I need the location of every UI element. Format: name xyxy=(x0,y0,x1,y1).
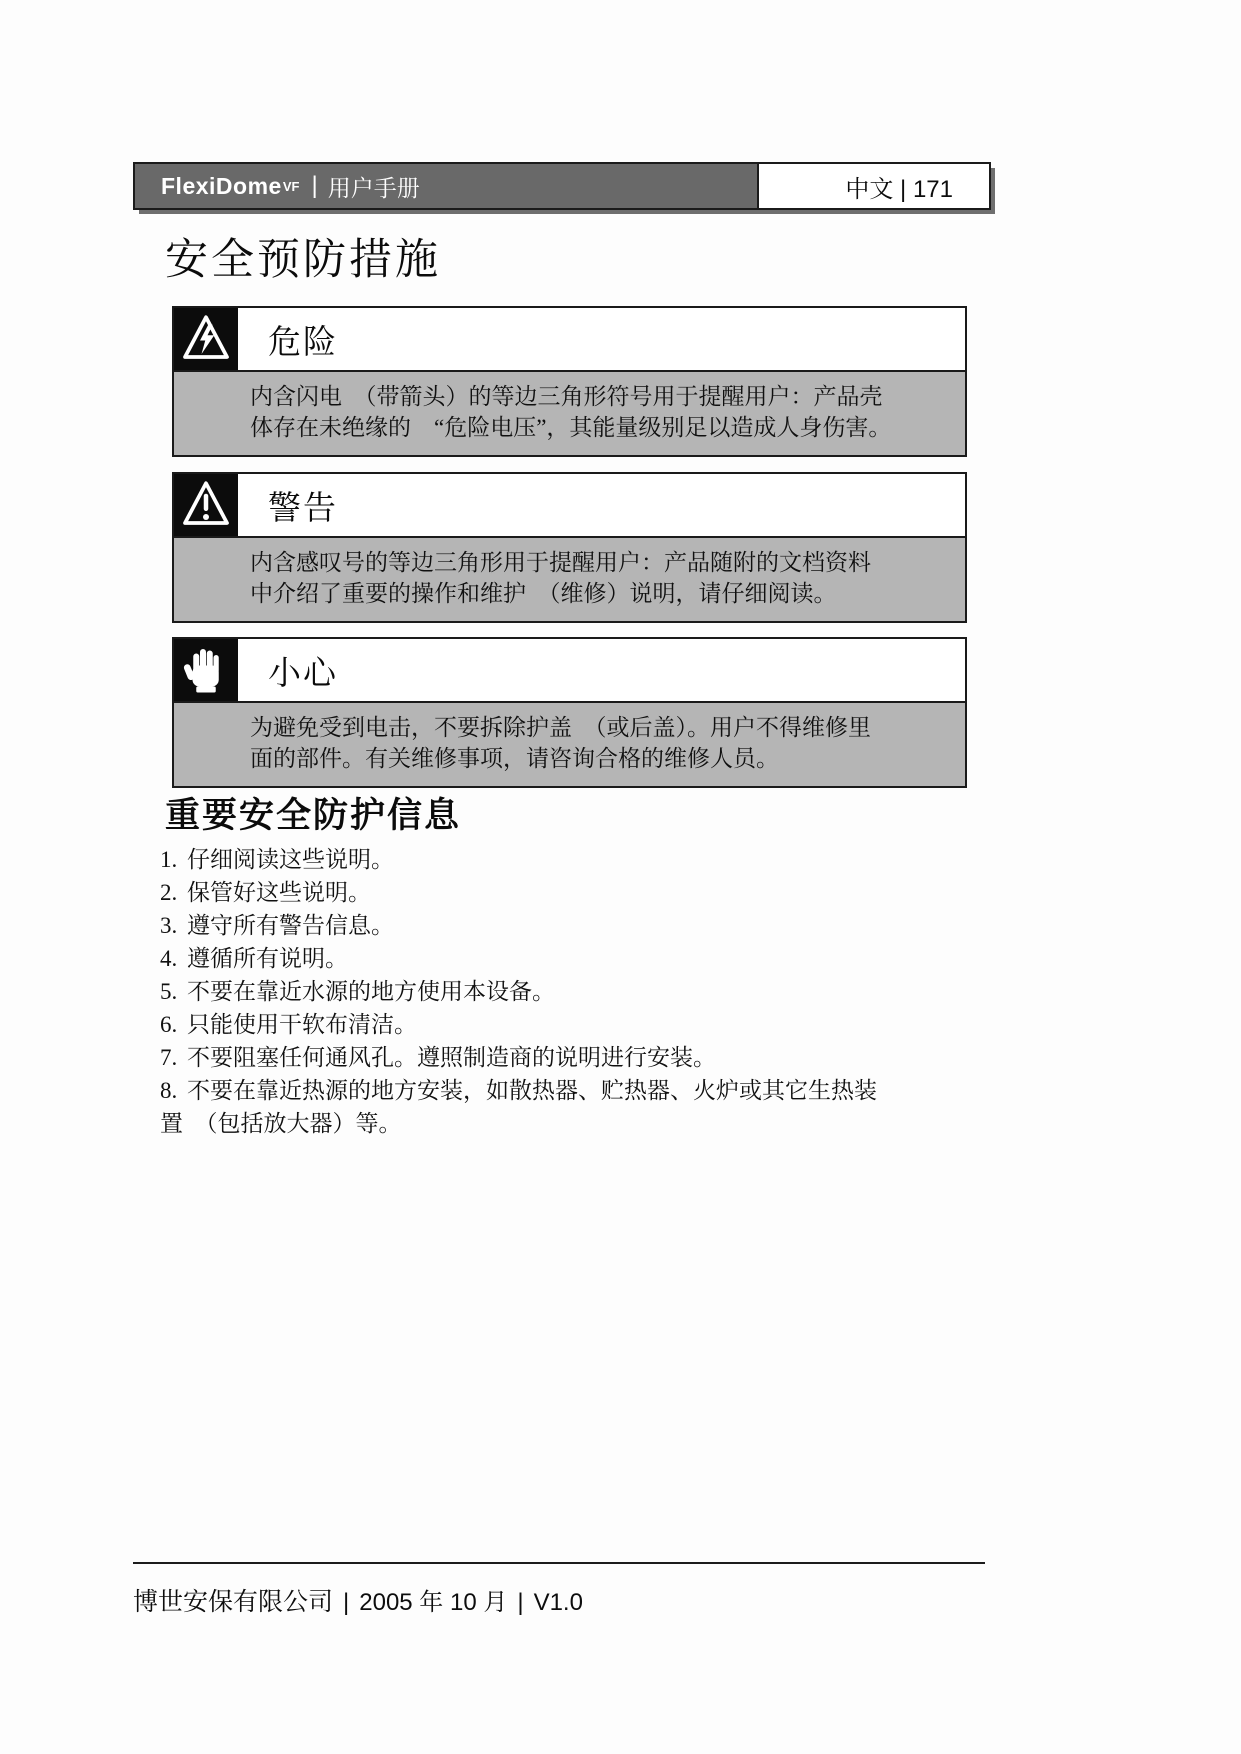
exclamation-triangle-icon xyxy=(174,474,238,536)
list-item-text: 不要阻塞任何通风孔。遵照制造商的说明进行安装。 xyxy=(187,1041,716,1074)
page-title: 安全预防措施 xyxy=(165,226,441,287)
list-item-number: 8. xyxy=(160,1074,187,1107)
safety-instructions-list: 1. 仔细阅读这些说明。 2. 保管好这些说明。 3. 遵守所有警告信息。 4.… xyxy=(160,843,1010,1140)
list-item-text: 只能使用干软布清洁。 xyxy=(187,1008,417,1041)
danger-body-line: 内含闪电 （带箭头）的等边三角形符号用于提醒用户：产品壳 xyxy=(250,381,957,412)
caution-box: 小心 为避免受到电击，不要拆除护盖 （或后盖）。用户不得维修里 面的部件。有关维… xyxy=(172,637,967,788)
list-item-number: 5. xyxy=(160,975,187,1008)
list-item: 8. 不要在靠近热源的地方安装，如散热器、贮热器、火炉或其它生热装 xyxy=(160,1074,1010,1107)
caution-body: 为避免受到电击，不要拆除护盖 （或后盖）。用户不得维修里 面的部件。有关维修事项… xyxy=(174,703,965,786)
list-item: 2. 保管好这些说明。 xyxy=(160,876,1010,909)
caution-body-line: 面的部件。有关维修事项，请咨询合格的维修人员。 xyxy=(250,743,957,774)
list-item-number: 3. xyxy=(160,909,187,942)
header-page-number: 中文 | 171 xyxy=(757,164,989,208)
page-footer: 博世安保有限公司 | 2005 年 10 月 | V1.0 xyxy=(133,1582,993,1618)
caution-body-line: 为避免受到电击，不要拆除护盖 （或后盖）。用户不得维修里 xyxy=(250,712,957,743)
page-header: FlexiDomeVF | 用户手册 中文 | 171 xyxy=(133,162,991,210)
list-item-text: 遵循所有说明。 xyxy=(187,942,348,975)
brand-superscript: VF xyxy=(283,179,300,194)
list-item: 1. 仔细阅读这些说明。 xyxy=(160,843,1010,876)
warning-body-line: 内含感叹号的等边三角形用于提醒用户：产品随附的文档资料 xyxy=(250,547,957,578)
list-item-number: 1. xyxy=(160,843,187,876)
list-item: 3. 遵守所有警告信息。 xyxy=(160,909,1010,942)
list-item-continuation: 置 （包括放大器）等。 xyxy=(160,1107,1010,1140)
hand-icon xyxy=(174,639,238,701)
list-item-text: 保管好这些说明。 xyxy=(187,876,371,909)
warning-title: 警告 xyxy=(238,482,338,529)
list-item-text: 不要在靠近水源的地方使用本设备。 xyxy=(187,975,555,1008)
danger-title: 危险 xyxy=(238,316,338,363)
list-item-text: 不要在靠近热源的地方安装，如散热器、贮热器、火炉或其它生热装 xyxy=(187,1074,877,1107)
warning-box: 警告 内含感叹号的等边三角形用于提醒用户：产品随附的文档资料 中介绍了重要的操作… xyxy=(172,472,967,623)
warning-body-line: 中介绍了重要的操作和维护 （维修）说明，请仔细阅读。 xyxy=(250,578,957,609)
list-item: 4. 遵循所有说明。 xyxy=(160,942,1010,975)
footer-version: V1.0 xyxy=(534,1589,583,1617)
footer-company: 博世安保有限公司 xyxy=(133,1582,333,1618)
danger-body-line: 体存在未绝缘的 “危险电压”，其能量级别足以造成人身伤害。 xyxy=(250,412,957,443)
caution-box-header: 小心 xyxy=(174,639,965,703)
list-item-number: 6. xyxy=(160,1008,187,1041)
warning-body: 内含感叹号的等边三角形用于提醒用户：产品随附的文档资料 中介绍了重要的操作和维护… xyxy=(174,538,965,621)
document-type-label: 用户手册 xyxy=(328,170,420,203)
list-item: 5. 不要在靠近水源的地方使用本设备。 xyxy=(160,975,1010,1008)
danger-body: 内含闪电 （带箭头）的等边三角形符号用于提醒用户：产品壳 体存在未绝缘的 “危险… xyxy=(174,372,965,455)
danger-box: 危险 内含闪电 （带箭头）的等边三角形符号用于提醒用户：产品壳 体存在未绝缘的 … xyxy=(172,306,967,457)
warning-box-header: 警告 xyxy=(174,474,965,538)
footer-separator: | xyxy=(343,1589,349,1617)
list-item-text: 遵守所有警告信息。 xyxy=(187,909,394,942)
manual-page: FlexiDomeVF | 用户手册 中文 | 171 安全预防措施 危险 内含… xyxy=(0,0,1241,1754)
list-item-number: 2. xyxy=(160,876,187,909)
lightning-triangle-icon xyxy=(174,308,238,370)
list-item-number: 7. xyxy=(160,1041,187,1074)
locale-page-label: 中文 | 171 xyxy=(845,169,953,204)
caution-title: 小心 xyxy=(238,647,338,694)
list-item-number: 4. xyxy=(160,942,187,975)
list-item: 7. 不要阻塞任何通风孔。遵照制造商的说明进行安装。 xyxy=(160,1041,1010,1074)
footer-separator: | xyxy=(517,1589,523,1617)
list-item: 6. 只能使用干软布清洁。 xyxy=(160,1008,1010,1041)
danger-box-header: 危险 xyxy=(174,308,965,372)
header-brand-area: FlexiDomeVF | 用户手册 xyxy=(135,164,757,208)
list-item-text: 仔细阅读这些说明。 xyxy=(187,843,394,876)
section-title: 重要安全防护信息 xyxy=(165,788,461,838)
footer-rule xyxy=(133,1562,985,1564)
header-divider: | xyxy=(311,172,317,200)
footer-date: 2005 年 10 月 xyxy=(359,1582,507,1617)
brand-name: FlexiDome xyxy=(161,173,282,200)
